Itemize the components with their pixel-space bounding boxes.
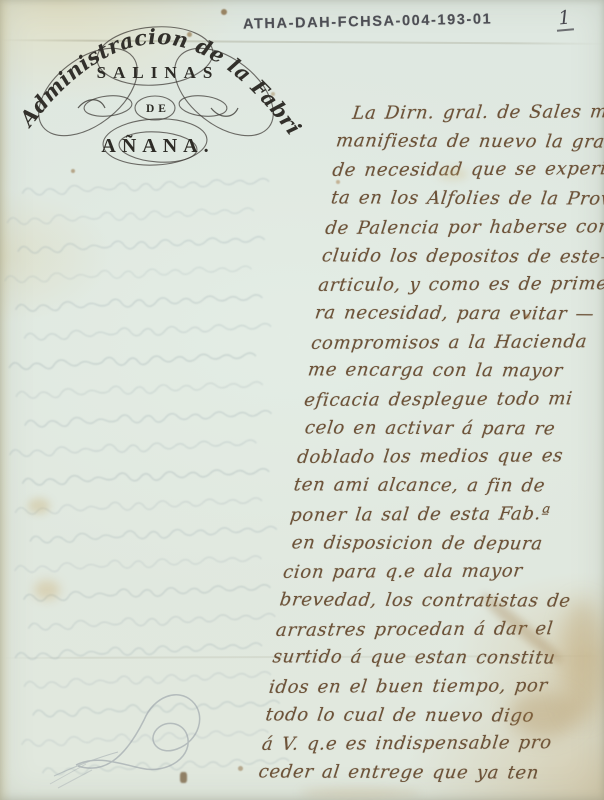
letterhead-salinas: SALINAS [97,63,220,82]
handwritten-line: articulo, y como es de prime [317,270,604,301]
handwritten-line: de necesidad que se experimen [331,155,604,186]
handwritten-line: cion para q.e ala mayor [281,557,585,588]
letterhead-de: DE [146,103,170,115]
scanned-document-photo: { "document": { "kind": "19th-century ha… [0,0,604,800]
handwritten-line: cluido los depositos de este— [320,242,604,272]
handwritten-line: arrastres procedan á dar el [274,615,578,646]
handwritten-line: brevedad, los contratistas de [278,586,581,616]
handwritten-line: á V. q.e es indispensable pro [260,730,564,761]
handwritten-line: en disposicion de depura [285,529,588,559]
handwritten-line: eficacia desplegue todo mi [303,385,604,416]
handwritten-line: surtido á que estan constitu [271,644,574,674]
page-number: 1 [555,6,574,31]
handwritten-line: ta en los Alfolies de la Prov.ª [327,184,604,214]
handwritten-line: compromisos a la Hacienda [310,328,604,359]
handwritten-line: celo en activar á para re [299,414,602,444]
handwritten-line: doblado los medios que es [295,443,599,474]
handwritten-line: de Palencia por haberse con— [324,213,604,244]
handwritten-line: La Dirn. gral. de Sales me [338,98,604,129]
letterhead-anana: AÑANA. [101,134,214,157]
handwritten-line: ceder al entrege que ya ten [257,759,560,789]
handwritten-line: poner la sal de esta Fab.ª [288,500,592,531]
handwritten-line: manifiesta de nuevo la gran [334,127,604,157]
handwritten-line: todo lo cual de nuevo digo [264,701,567,731]
handwritten-line: ten ami alcance, a fin de [292,471,595,501]
handwritten-line: me encarga con la mayor [306,357,604,387]
handwritten-line: ra necesidad, para evitar — [313,299,604,329]
handwritten-line: idos en el buen tiempo, por [267,672,571,703]
pencil-flourish [48,678,238,793]
